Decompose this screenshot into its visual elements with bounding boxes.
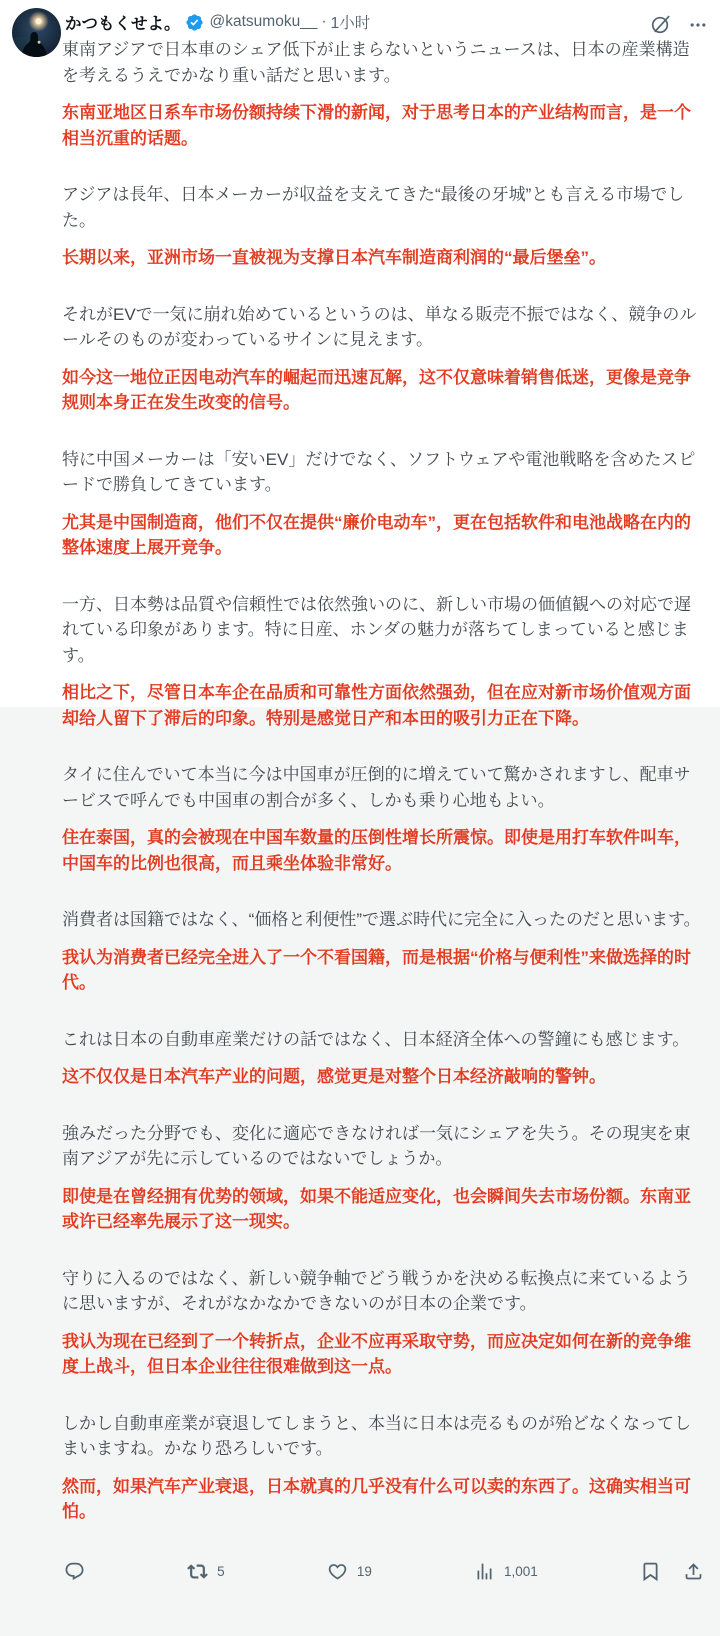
tweet-paragraph-zh: 相比之下，尽管日本车企在品质和可靠性方面依然强劲，但在应对新市场价值观方面却给人… (62, 680, 706, 731)
tweet-paragraph-zh: 我认为现在已经到了一个转折点，企业不应再采取守势，而应决定如何在新的竞争维度上战… (62, 1329, 706, 1380)
tweet-action-bar: 5 19 1,001 (62, 1555, 706, 1596)
tweet-paragraph-ja: 守りに入るのではなく、新しい競争軸でどう戦うかを決める転換点に来ているように思い… (62, 1266, 706, 1317)
tweet-paragraph-zh: 然而，如果汽车产业衰退，日本就真的几乎没有什么可以卖的东西了。这确实相当可怕。 (62, 1474, 706, 1525)
user-handle[interactable]: @katsumoku__ (210, 13, 318, 31)
more-icon[interactable] (688, 15, 708, 35)
tweet-header: かつもくせよ。 @katsumoku__ · 1小时 (62, 10, 706, 34)
timestamp[interactable]: 1小时 (331, 11, 371, 33)
repost-count: 5 (217, 1564, 225, 1579)
reply-button[interactable] (64, 1561, 85, 1582)
avatar[interactable] (12, 8, 61, 57)
tweet-header-actions (649, 13, 708, 36)
views-button[interactable]: 1,001 (474, 1561, 538, 1582)
tweet-paragraph-ja: 一方、日本勢は品質や信頼性では依然強いのに、新しい市場の価値観への対応で遅れてい… (62, 592, 706, 669)
like-count: 19 (357, 1564, 372, 1579)
tweet-paragraph-zh: 如今这一地位正因电动汽车的崛起而迅速瓦解，这不仅意味着销售低迷，更像是竞争规则本… (62, 365, 706, 416)
like-icon (327, 1561, 348, 1582)
share-icon (683, 1561, 704, 1582)
tweet-paragraph-ja: それがEVで一気に崩れ始めているというのは、単なる販売不振ではなく、競争のルール… (62, 302, 706, 353)
reply-icon (64, 1561, 85, 1582)
tweet-paragraph-ja: 消費者は国籍ではなく、“価格と利便性”で選ぶ時代に完全に入ったのだと思います。 (62, 907, 706, 933)
verified-badge-icon (185, 13, 204, 32)
grok-icon[interactable] (649, 13, 672, 36)
bookmark-icon (640, 1561, 661, 1582)
tweet-paragraph-ja: タイに住んでいて本当に今は中国車が圧倒的に増えていて驚かされますし、配車サービス… (62, 762, 706, 813)
views-icon (474, 1561, 495, 1582)
avatar-image (12, 8, 61, 57)
display-name[interactable]: かつもくせよ。 (65, 10, 181, 34)
repost-icon (187, 1561, 208, 1582)
tweet-paragraph-zh: 即使是在曾经拥有优势的领域，如果不能适应变化，也会瞬间失去市场份额。东南亚或许已… (62, 1184, 706, 1235)
tweet-paragraph-ja: しかし自動車産業が衰退してしまうと、本当に日本は売るものが殆どなくなってしまいま… (62, 1411, 706, 1462)
tweet-body: 東南アジアで日本車のシェア低下が止まらないというニュースは、日本の産業構造を考え… (62, 37, 706, 1525)
tweet-paragraph-ja: 特に中国メーカーは「安いEV」だけでなく、ソフトウェアや電池戦略を含めたスピード… (62, 447, 706, 498)
bookmark-button[interactable] (640, 1561, 661, 1582)
tweet-paragraph-zh: 东南亚地区日系车市场份额持续下滑的新闻，对于思考日本的产业结构而言，是一个相当沉… (62, 100, 706, 151)
like-button[interactable]: 19 (327, 1561, 372, 1582)
tweet-paragraph-zh: 尤其是中国制造商，他们不仅在提供“廉价电动车”，更在包括软件和电池战略在内的整体… (62, 510, 706, 561)
tweet-paragraph-ja: 東南アジアで日本車のシェア低下が止まらないというニュースは、日本の産業構造を考え… (62, 37, 706, 88)
tweet-paragraph-zh: 长期以来，亚洲市场一直被视为支撑日本汽车制造商利润的“最后堡垒”。 (62, 245, 706, 271)
view-count: 1,001 (504, 1564, 538, 1579)
action-bar-right-group (640, 1561, 704, 1582)
tweet-paragraph-ja: 強みだった分野でも、変化に適応できなければ一気にシェアを失う。その現実を東南アジ… (62, 1121, 706, 1172)
share-button[interactable] (683, 1561, 704, 1582)
tweet-paragraph-ja: アジアは長年、日本メーカーが収益を支えてきた“最後の牙城”とも言える市場でした。 (62, 182, 706, 233)
tweet-paragraph-zh: 这不仅仅是日本汽车产业的问题，感觉更是对整个日本经济敲响的警钟。 (62, 1064, 706, 1090)
separator-dot: · (321, 13, 326, 31)
tweet-cell: かつもくせよ。 @katsumoku__ · 1小时 東南アジアで日本車のシェア… (0, 0, 720, 1596)
tweet-paragraph-ja: これは日本の自動車産業だけの話ではなく、日本経済全体への警鐘にも感じます。 (62, 1027, 706, 1053)
tweet-paragraph-zh: 我认为消费者已经完全进入了一个不看国籍，而是根据“价格与便利性”来做选择的时代。 (62, 945, 706, 996)
tweet-paragraph-zh: 住在泰国，真的会被现在中国车数量的压倒性增长所震惊。即使是用打车软件叫车，中国车… (62, 825, 706, 876)
repost-button[interactable]: 5 (187, 1561, 225, 1582)
